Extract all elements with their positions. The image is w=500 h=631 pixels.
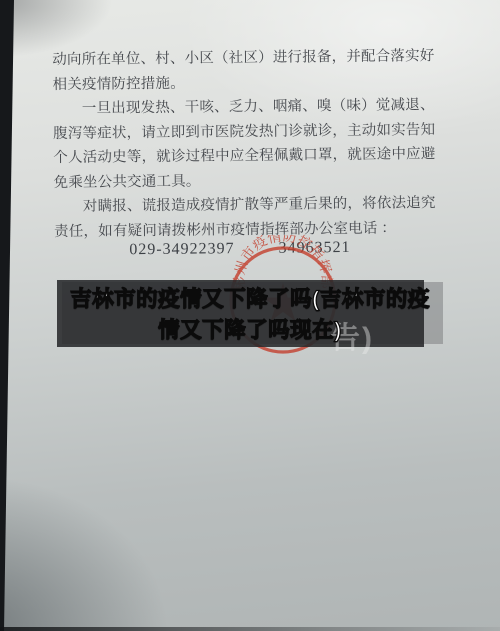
doc-text-line: 个人活动史等，就诊过程中应全程佩戴口罩，就医途中应避: [53, 142, 443, 167]
doc-text-line: 动向所在单位、村、小区（社区）进行报备，并配合落实好: [52, 44, 442, 69]
paper-bottom-edge-shadow: [0, 627, 500, 631]
article-thumbnail-photo: 动向所在单位、村、小区（社区）进行报备，并配合落实好 相关疫情防控措施。 一旦出…: [0, 0, 500, 631]
doc-text-line: 对瞒报、谎报造成疫情扩散等严重后果的，将依法追究: [54, 191, 473, 216]
doc-text-line: 腹泻等症状，请立即到市医院发热门诊就诊，主动如实告知: [53, 118, 443, 143]
doc-text-line: 相关疫情防控措施。: [52, 69, 442, 94]
doc-text-line: 免乘坐公共交通工具。: [53, 167, 443, 192]
article-title: 吉林市的疫情又下降了吗(吉林市的疫 情又下降了吗现在): [50, 284, 450, 346]
article-title-line-1: 吉林市的疫情又下降了吗(吉林市的疫: [50, 284, 450, 315]
doc-text-line: 一旦出现发热、干咳、乏力、咽痛、嗅（味）觉减退、: [53, 93, 472, 118]
article-title-line-2: 情又下降了吗现在): [50, 315, 450, 346]
